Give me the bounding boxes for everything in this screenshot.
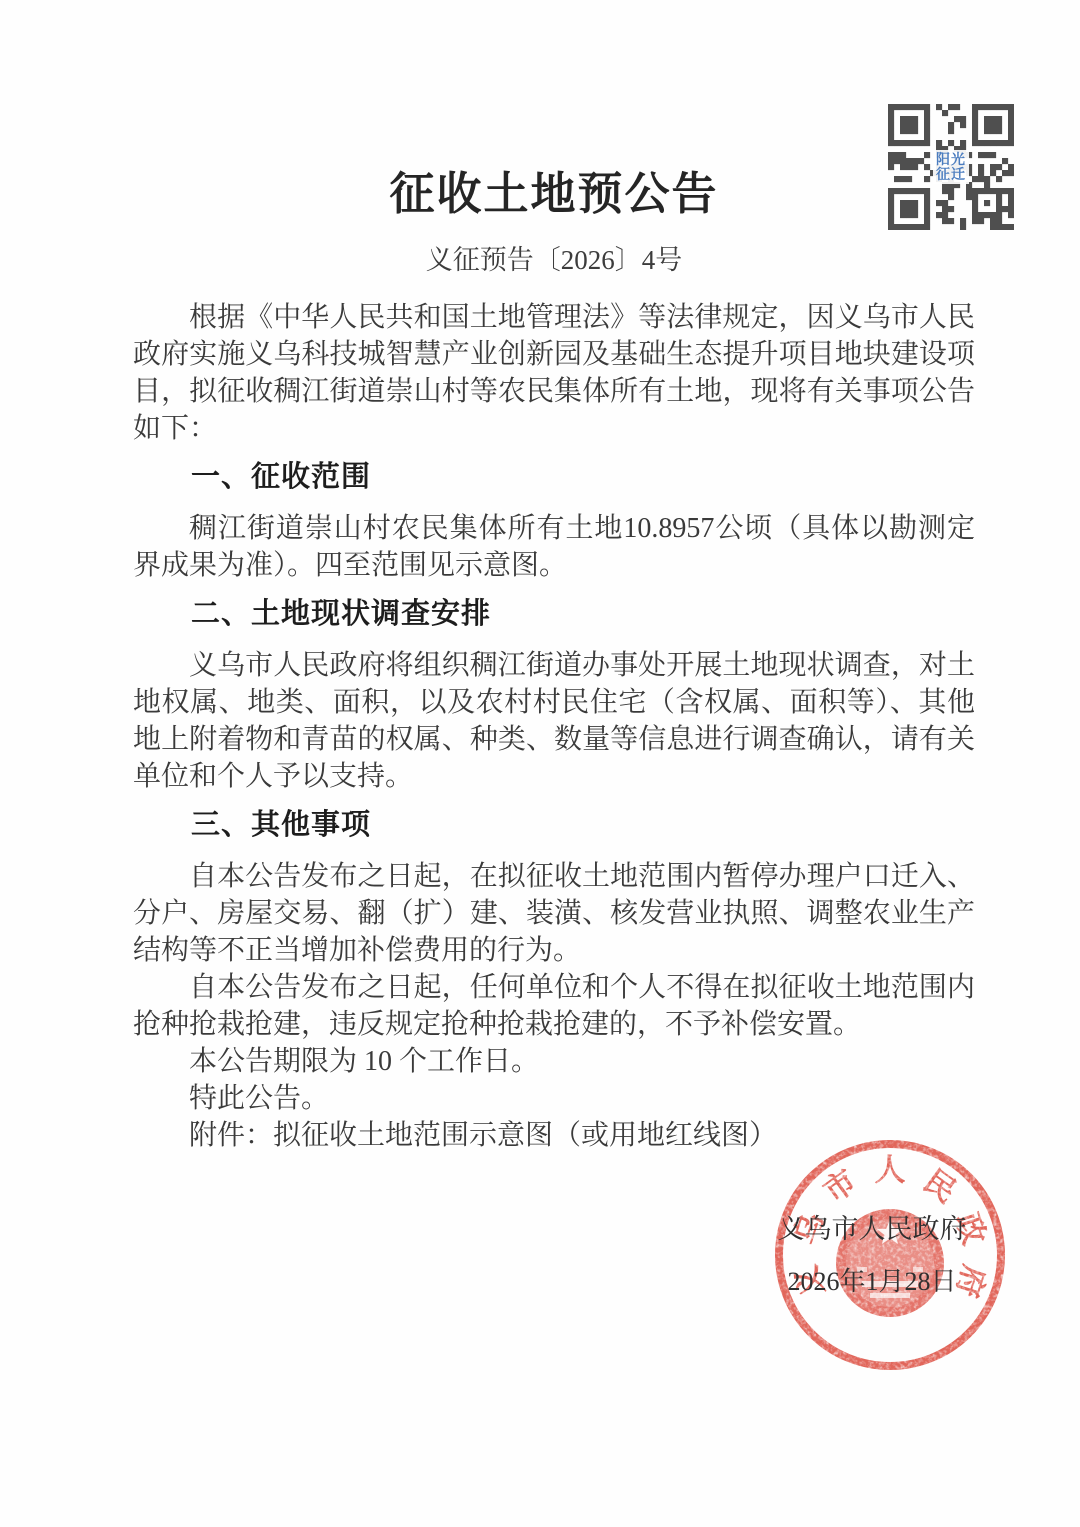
document-number: 义征预告〔2026〕4号 xyxy=(133,244,975,276)
section-2-heading: 二、土地现状调查安排 xyxy=(133,596,975,633)
signature-issuer: 义乌市人民政府 xyxy=(769,1212,975,1246)
section-2-paragraph-1: 义乌市人民政府将组织稠江街道办事处开展土地现状调查，对土地权属、地类、面积，以及… xyxy=(133,647,975,795)
section-3-paragraph-5: 附件：拟征收土地范围示意图（或用地红线图） xyxy=(133,1117,975,1154)
section-3-paragraph-3: 本公告期限为 10 个工作日。 xyxy=(133,1043,975,1080)
document-page: 阳光 征迁 征收土地预公告 义征预告〔2026〕4号 根据《中华人民共和国土地管… xyxy=(0,0,1080,1527)
intro-paragraph: 根据《中华人民共和国土地管理法》等法律规定，因义乌市人民政府实施义乌科技城智慧产… xyxy=(133,299,975,447)
qr-code: 阳光 征迁 xyxy=(888,104,1014,230)
section-1-heading: 一、征收范围 xyxy=(133,459,975,496)
section-3-paragraph-1: 自本公告发布之日起，在拟征收土地范围内暂停办理户口迁入、分户、房屋交易、翻（扩）… xyxy=(133,858,975,969)
section-3-paragraph-2: 自本公告发布之日起，任何单位和个人不得在拟征收土地范围内抢种抢栽抢建，违反规定抢… xyxy=(133,969,975,1043)
svg-text:人: 人 xyxy=(875,1153,906,1188)
signature-date: 2026年1月28日 xyxy=(769,1265,975,1299)
document-title: 征收土地预公告 xyxy=(133,170,975,218)
qr-label-line1: 阳光 xyxy=(936,152,966,167)
qr-label-line2: 征迁 xyxy=(936,167,966,182)
section-3-paragraph-4: 特此公告。 xyxy=(133,1080,975,1117)
signature-block: 义乌市人民政府 2026年1月28日 xyxy=(769,1212,975,1299)
svg-text:市: 市 xyxy=(817,1163,863,1210)
qr-code-label: 阳光 征迁 xyxy=(933,150,969,184)
section-3-heading: 三、其他事项 xyxy=(133,807,975,844)
svg-text:民: 民 xyxy=(917,1163,963,1210)
section-1-paragraph-1: 稠江街道崇山村农民集体所有土地10.8957公顷（具体以勘测定界成果为准）。四至… xyxy=(133,510,975,584)
